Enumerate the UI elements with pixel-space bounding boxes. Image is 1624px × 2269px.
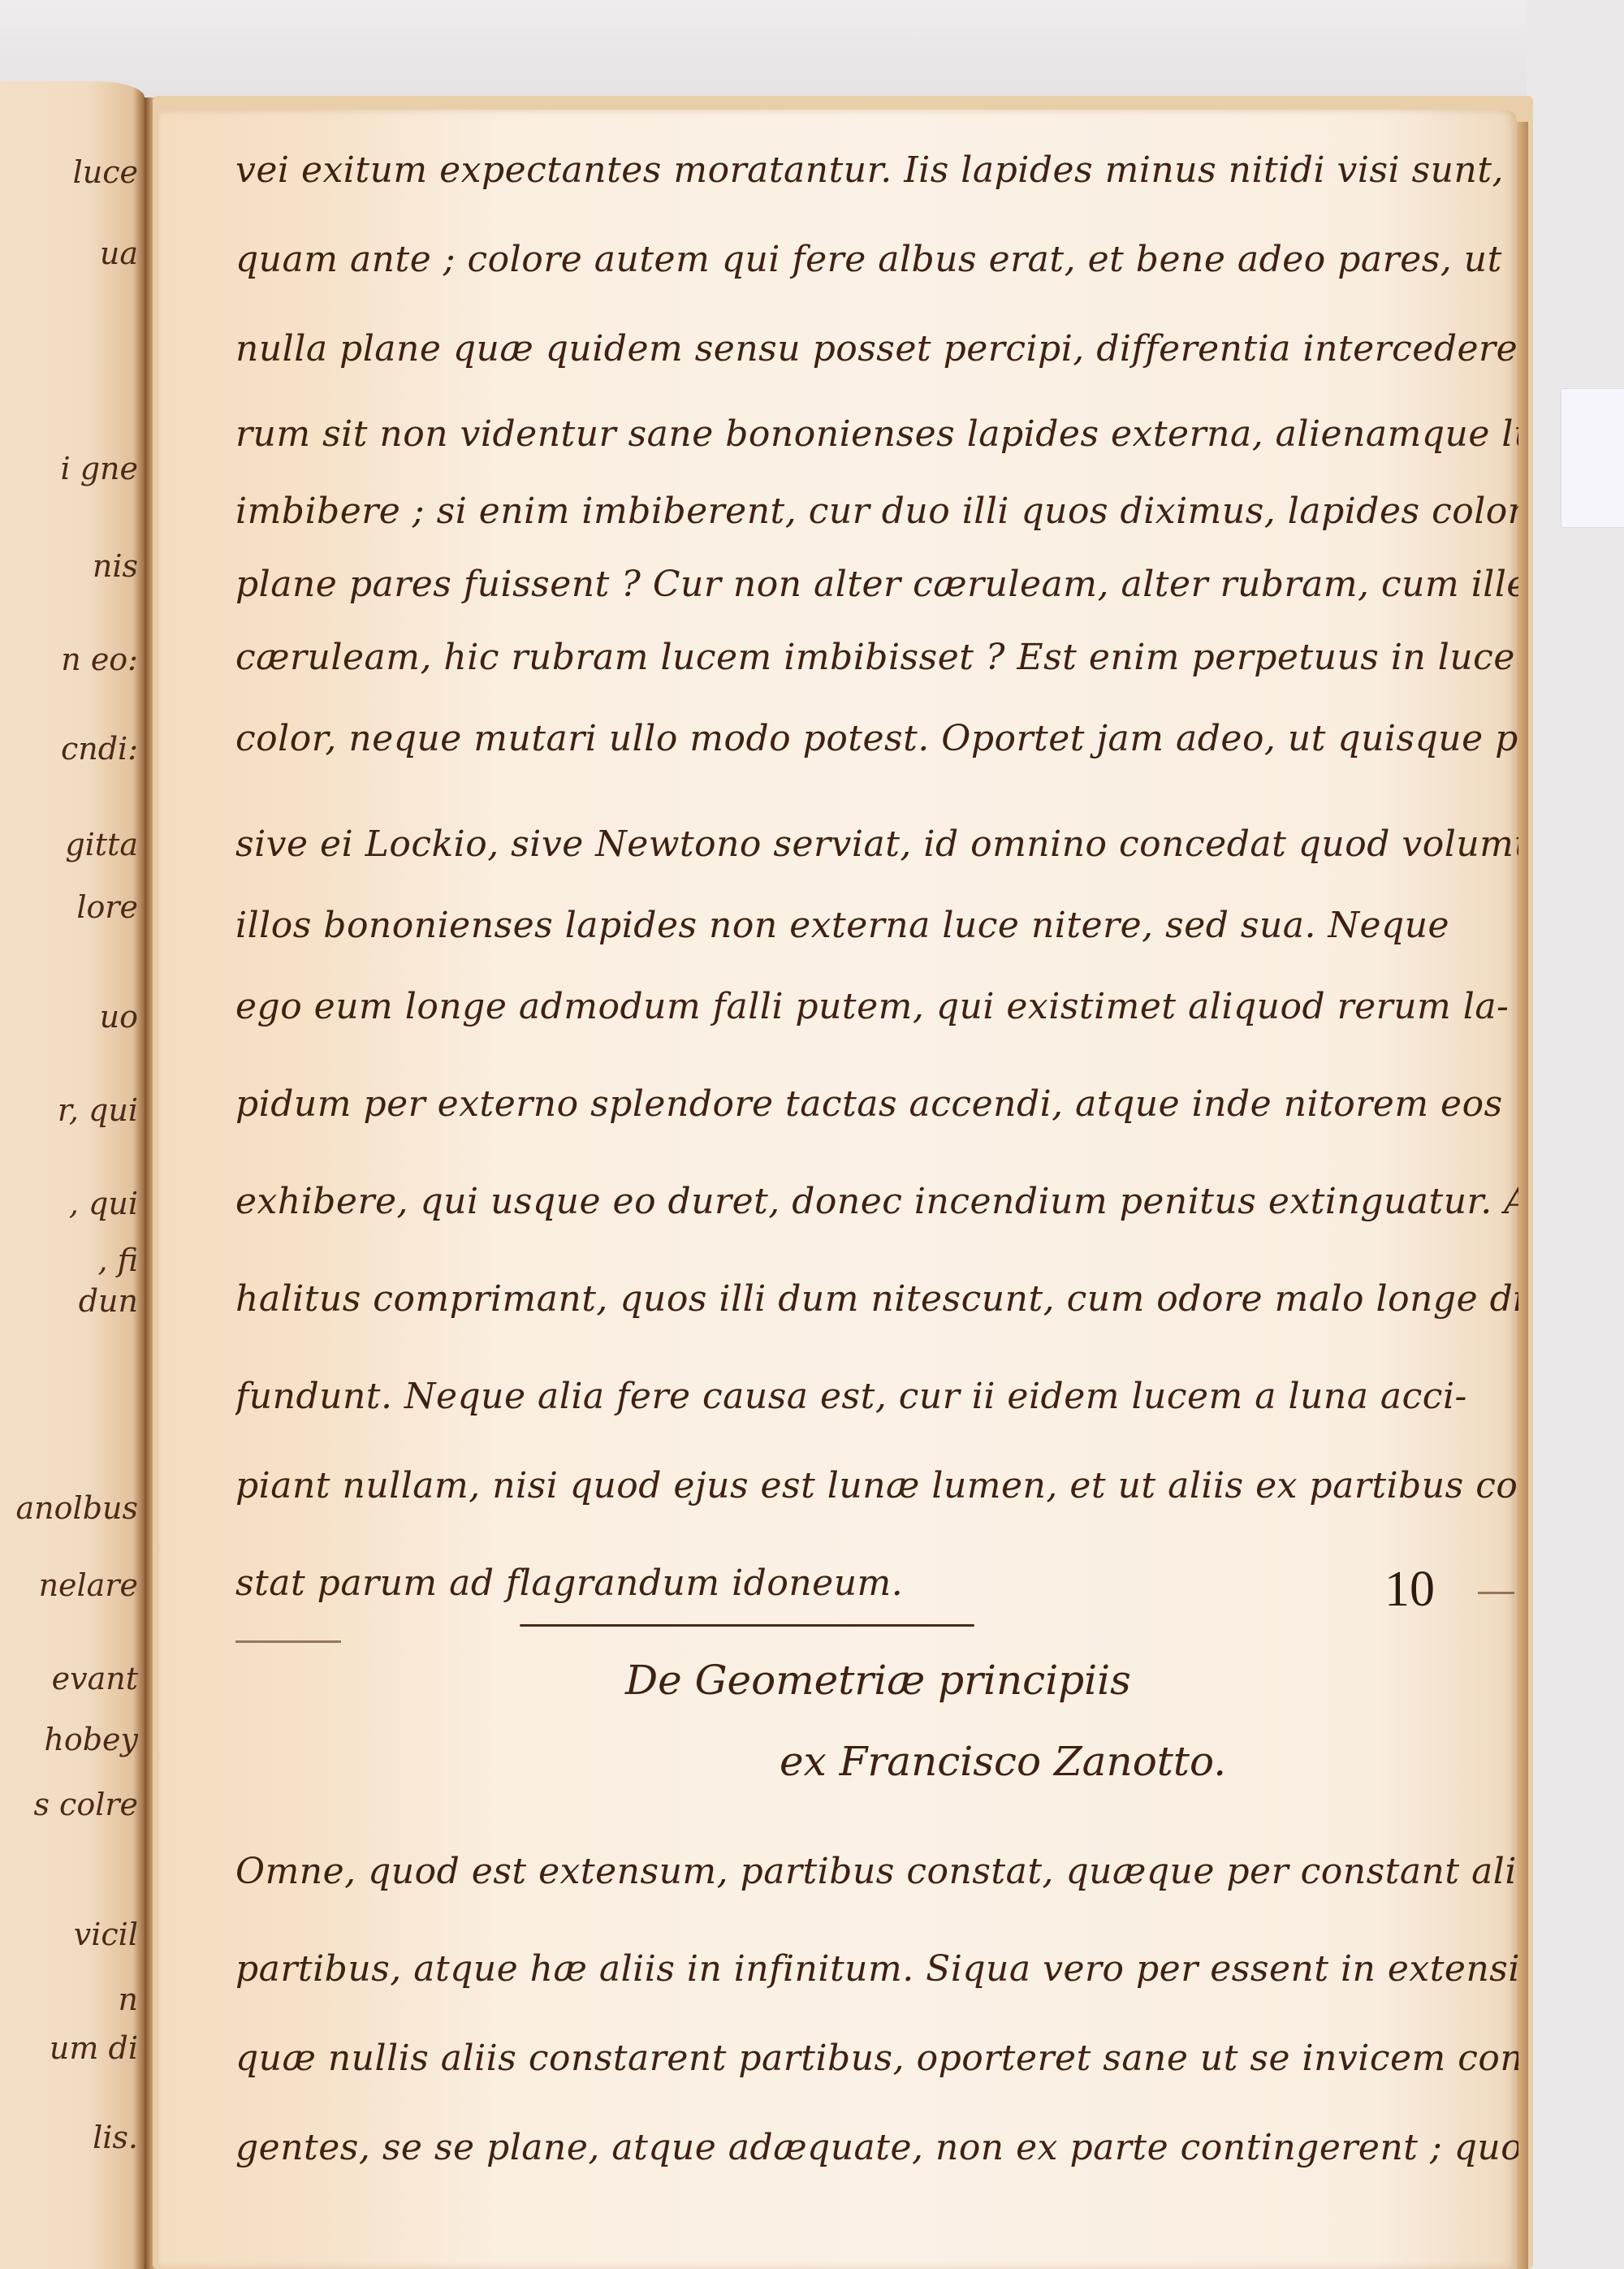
left-fragment: vicil [0, 1917, 138, 1952]
paper-tab-marker [1561, 388, 1624, 528]
left-fragment: hobey [0, 1722, 138, 1757]
section-line: Omne, quod est extensum, partibus consta… [235, 1848, 1518, 1896]
manuscript-line: imbibere ; si enim imbiberent, cur duo i… [235, 487, 1518, 536]
left-fragment: anolbus [0, 1490, 138, 1526]
manuscript-line: color, neque mutari ullo modo potest. Op… [235, 715, 1518, 763]
left-fragment: i gne [0, 451, 138, 486]
manuscript-line: rum sit non videntur sane bononienses la… [235, 410, 1518, 459]
flourish-underline [520, 1624, 974, 1627]
section-line: quæ nullis aliis constarent partibus, op… [235, 2034, 1518, 2083]
left-fragment: nelare [0, 1567, 138, 1603]
page-edge [1517, 122, 1528, 2269]
manuscript-line: stat parum ad flagrandum idoneum. [235, 1559, 1332, 1608]
left-fragment: s colre [0, 1787, 138, 1822]
left-fragment: ua [0, 236, 138, 271]
left-fragment: gitta [0, 827, 138, 862]
left-fragment: nis [0, 548, 138, 584]
section-line: gentes, se se plane, atque adæquate, non… [235, 2124, 1518, 2172]
left-fragment: , qui [0, 1186, 138, 1221]
left-fragment: n [0, 1982, 138, 2017]
section-heading-line-2: ex Francisco Zanotto. [780, 1738, 1226, 1785]
left-fragment: uo [0, 999, 138, 1035]
left-fragment: n eo: [0, 642, 138, 677]
manuscript-line: piant nullam, nisi quod ejus est lunæ lu… [235, 1462, 1518, 1511]
manuscript-line: plane pares fuissent ? Cur non alter cær… [235, 560, 1518, 609]
left-page: luce ua i gne nis n eo: cndi: gitta lore… [0, 81, 145, 2269]
section-heading-line-1: De Geometriæ principiis [625, 1657, 1131, 1704]
manuscript-line: ego eum longe admodum falli putem, qui e… [235, 983, 1518, 1031]
left-fragment: cndi: [0, 731, 138, 767]
left-fragment: lore [0, 889, 138, 925]
manuscript-line: sive ei Lockio, sive Newtono serviat, id… [235, 820, 1518, 869]
left-fragment: luce [0, 154, 138, 190]
manuscript-line: pidum per externo splendore tactas accen… [235, 1080, 1518, 1129]
manuscript-line: vei exitum expectantes moratantur. Iis l… [235, 146, 1518, 195]
left-fragment: , fi [0, 1243, 138, 1278]
manuscript-line: fundunt. Neque alia fere causa est, cur … [235, 1372, 1518, 1421]
manuscript-line: nulla plane quæ quidem sensu posset perc… [235, 325, 1518, 374]
photo-backdrop-right [1527, 0, 1624, 2269]
manuscript-line: cæruleam, hic rubram lucem imbibisset ? … [235, 633, 1518, 682]
photo-backdrop [0, 0, 1624, 106]
flourish-dash [235, 1640, 341, 1643]
page-number-dash [1478, 1592, 1514, 1594]
manuscript-line: illos bononienses lapides non externa lu… [235, 901, 1518, 950]
section-line: partibus, atque hæ aliis in infinitum. S… [235, 1945, 1518, 1994]
page-number: 10 [1384, 1561, 1435, 1619]
manuscript-line: exhibere, qui usque eo duret, donec ince… [235, 1178, 1518, 1226]
left-fragment: lis. [0, 2120, 138, 2155]
left-fragment: r, qui [0, 1092, 138, 1128]
left-fragment: evant [0, 1661, 138, 1696]
manuscript-line: halitus comprimant, quos illi dum nitesc… [235, 1275, 1518, 1324]
left-fragment: dun [0, 1283, 138, 1319]
manuscript-line: quam ante ; colore autem qui fere albus … [235, 236, 1518, 284]
left-fragment: um di [0, 2030, 138, 2066]
